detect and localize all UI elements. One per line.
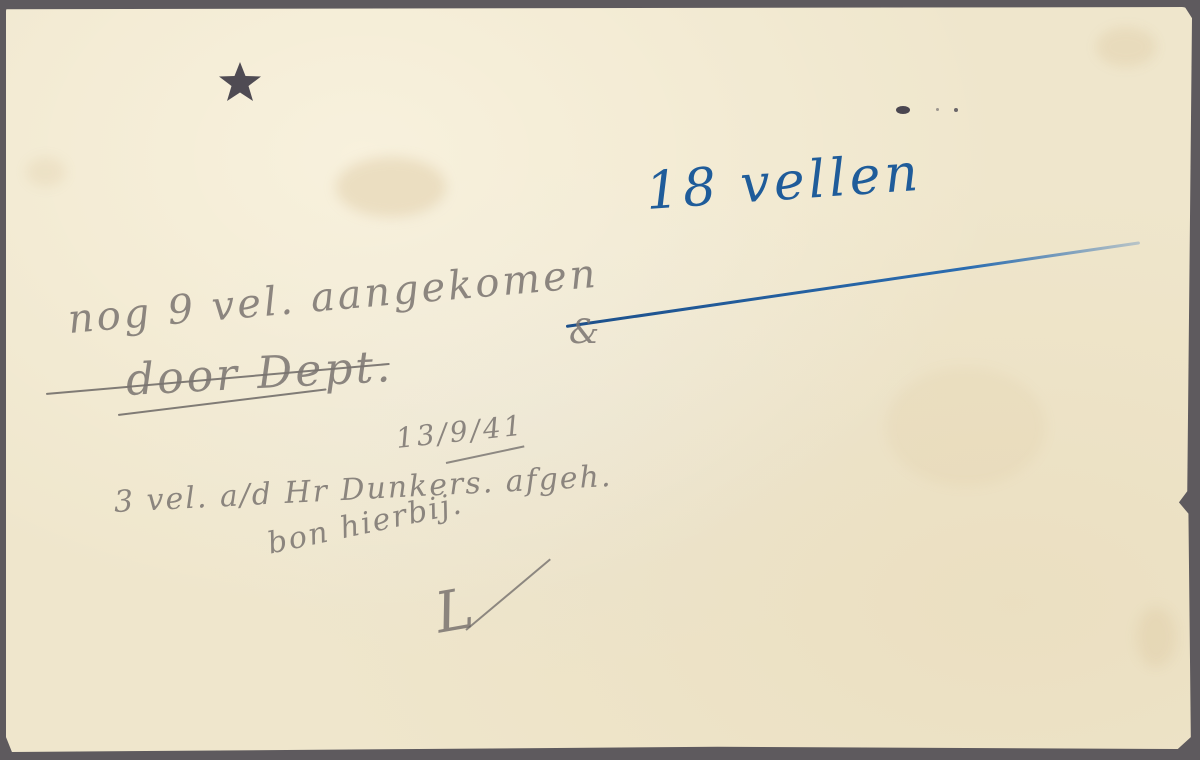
blue-ink-heading: 18 vellen <box>644 143 924 222</box>
paper-stain <box>1136 607 1176 667</box>
paper-stain <box>26 157 66 187</box>
document-scan: 18 vellen nog 9 vel. aangekomen & door D… <box>0 0 1200 760</box>
signature-flourish <box>465 559 551 631</box>
ink-speck <box>954 108 958 112</box>
star-perforation-icon <box>217 60 263 104</box>
blue-strike-line <box>566 241 1140 328</box>
pencil-connector: & <box>569 312 602 352</box>
pencil-line-2-struck: door Dept. <box>125 341 395 406</box>
ink-speck <box>936 108 939 111</box>
signature-initial: L <box>430 576 481 647</box>
pencil-line-1: nog 9 vel. aangekomen <box>66 251 600 343</box>
paper-stain <box>886 367 1046 487</box>
ink-speck <box>896 106 910 114</box>
paper-stain <box>1096 27 1156 67</box>
date-note: 13/9/41 <box>394 409 526 455</box>
aged-paper-sheet: 18 vellen nog 9 vel. aangekomen & door D… <box>6 7 1192 752</box>
paper-stain <box>336 157 446 217</box>
